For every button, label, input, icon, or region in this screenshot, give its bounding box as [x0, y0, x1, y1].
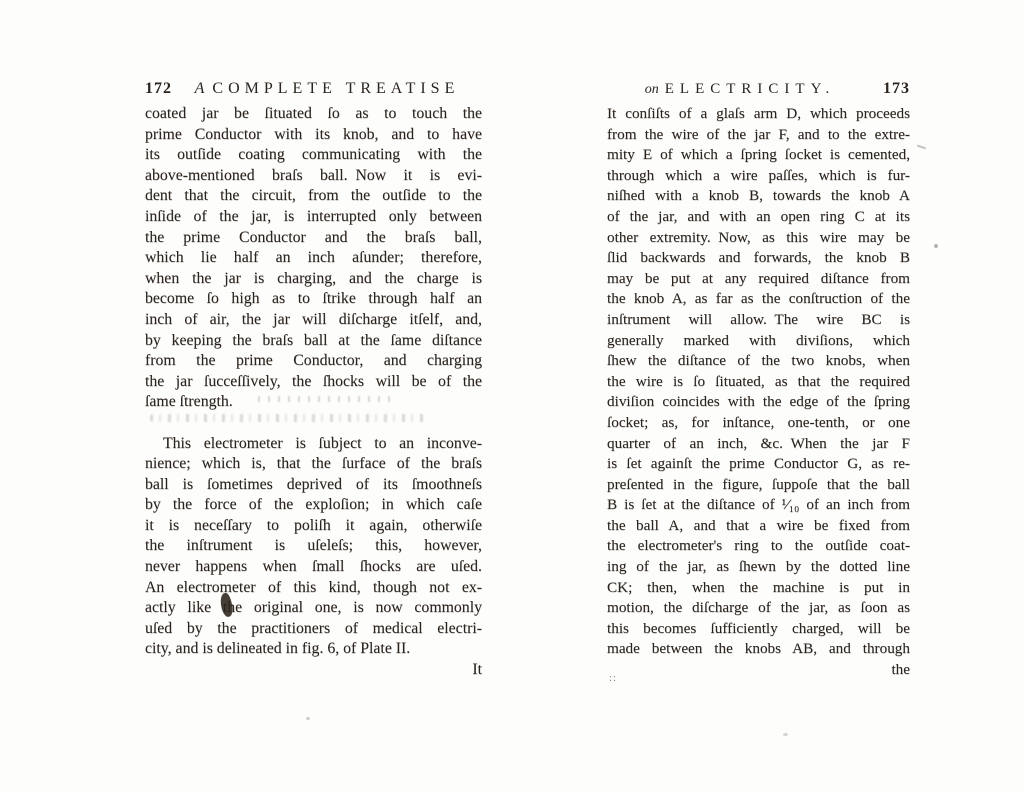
body-text-left-paragraph-2: This electrometer is ſubject to an incon… — [145, 434, 482, 661]
text-line: may be put at any required diſtance from — [607, 269, 910, 290]
text-line: ſlid backwards and forwards, the knob B — [607, 248, 910, 269]
running-title-right: onELECTRICITY. — [607, 80, 883, 98]
text-line: ſhew the diſtance of the two knobs, when — [607, 351, 910, 372]
text-line: the ball A, and that a wire be fixed fro… — [607, 516, 910, 537]
text-line: inſtrument will allow. The wire BC is — [607, 310, 910, 331]
text-line: It conſiſts of a glaſs arm D, which proc… — [607, 104, 910, 125]
text-line: above-mentioned braſs ball. Now it is ev… — [145, 166, 482, 187]
text-line: the wire is ſo ſituated, as that the req… — [607, 372, 910, 393]
text-line: the electrometer's ring to the outſide c… — [607, 536, 910, 557]
text-line: other extremity. Now, as this wire may b… — [607, 228, 910, 249]
text-line: mity E of which a ſpring ſocket is cemen… — [607, 145, 910, 166]
text-line: motion, the diſcharge of the jar, as ſoo… — [607, 598, 910, 619]
scan-speck — [917, 145, 926, 150]
text-line: this becomes ſufficiently charged, will … — [607, 619, 910, 640]
text-line: of the jar, and with an open ring C at i… — [607, 207, 910, 228]
text-line: the jar ſucceſſively, the ſhocks will be… — [145, 372, 482, 393]
scan-speck — [306, 717, 310, 720]
text-line: coated jar be ſituated ſo as to touch th… — [145, 104, 482, 125]
text-line: the prime Conductor and the braſs ball, — [145, 228, 482, 249]
text-line: B is ſet at the diſtance of ¹⁄₁₀ of an i… — [607, 495, 910, 516]
foot-mark: :: — [609, 672, 617, 684]
text-line: An electrometer of this kind, though not… — [145, 578, 482, 599]
body-text-right: It conſiſts of a glaſs arm D, which proc… — [607, 104, 910, 660]
book-page-right: onELECTRICITY. 173 It conſiſts of a glaſ… — [607, 80, 910, 681]
text-line: made between the knobs AB, and through — [607, 639, 910, 660]
text-line: when the jar is charging, and the charge… — [145, 269, 482, 290]
text-line: city, and is delineated in fig. 6, of Pl… — [145, 639, 482, 660]
text-line: actly like the original one, is now comm… — [145, 598, 482, 619]
running-title-text: ELECTRICITY. — [665, 81, 835, 97]
text-line: which lie half an inch aſunder; therefor… — [145, 248, 482, 269]
text-line: by keeping the braſs ball at the ſame di… — [145, 331, 482, 352]
text-line: it is neceſſary to poliſh it again, othe… — [145, 516, 482, 537]
ink-smudge — [150, 414, 425, 422]
running-title-prefix: on — [645, 82, 659, 97]
text-line: uſed by the practitioners of medical ele… — [145, 619, 482, 640]
text-line: from the wire of the jar F, and to the e… — [607, 125, 910, 146]
text-line: inch of air, the jar will diſcharge itſe… — [145, 310, 482, 331]
catchword-left: It — [145, 660, 482, 681]
page-number-left: 172 — [145, 80, 172, 98]
text-line: its outſide coating communicating with t… — [145, 145, 482, 166]
text-line: quarter of an inch, &c. When the jar F — [607, 434, 910, 455]
text-line: prime Conductor with its knob, and to ha… — [145, 125, 482, 146]
text-line: This electrometer is ſubject to an incon… — [145, 434, 482, 455]
text-line: through which a wire paſſes, which is fu… — [607, 166, 910, 187]
text-line: the knob A, as far as the conſtruction o… — [607, 289, 910, 310]
running-title-text: COMPLETE TREATISE — [212, 80, 459, 97]
text-line: from the prime Conductor, and charging — [145, 351, 482, 372]
body-text-left-paragraph-1: coated jar be ſituated ſo as to touch th… — [145, 104, 482, 413]
text-line: ing of the jar, as ſhewn by the dotted l… — [607, 557, 910, 578]
running-header-left: 172 ACOMPLETE TREATISE — [145, 80, 482, 104]
text-line: ball is ſometimes deprived of its ſmooth… — [145, 475, 482, 496]
text-line: dent that the circuit, from the outſide … — [145, 186, 482, 207]
catchword-right: the — [607, 660, 910, 681]
text-line: become ſo high as to ſtrike through half… — [145, 289, 482, 310]
page-number-right: 173 — [883, 80, 910, 98]
text-line: is ſet againſt the prime Conductor G, as… — [607, 454, 910, 475]
text-line: diviſion coincides with the edge of the … — [607, 392, 910, 413]
scan-speck — [934, 244, 938, 248]
book-scan: 172 ACOMPLETE TREATISE coated jar be ſit… — [0, 0, 1024, 791]
running-title-article: A — [195, 80, 205, 97]
running-header-right: onELECTRICITY. 173 — [607, 80, 910, 104]
ink-smudge — [258, 396, 398, 402]
text-line: inſide of the jar, is interrupted only b… — [145, 207, 482, 228]
text-line: nience; which is, that the ſurface of th… — [145, 454, 482, 475]
text-line: niſhed with a knob B, towards the knob A — [607, 186, 910, 207]
text-line: CK; then, when the machine is put in — [607, 578, 910, 599]
scan-speck — [783, 733, 788, 736]
book-page-left: 172 ACOMPLETE TREATISE coated jar be ſit… — [145, 80, 482, 681]
text-line: generally marked with diviſions, which — [607, 331, 910, 352]
text-line: ſocket; as, for inſtance, one-tenth, or … — [607, 413, 910, 434]
text-line: never happens when ſmall ſhocks are uſed… — [145, 557, 482, 578]
text-line: preſented in the figure, ſuppoſe that th… — [607, 475, 910, 496]
running-title-left: ACOMPLETE TREATISE — [172, 80, 482, 98]
text-line: by the force of the exploſion; in which … — [145, 495, 482, 516]
text-line: the inſtrument is uſeleſs; this, however… — [145, 536, 482, 557]
